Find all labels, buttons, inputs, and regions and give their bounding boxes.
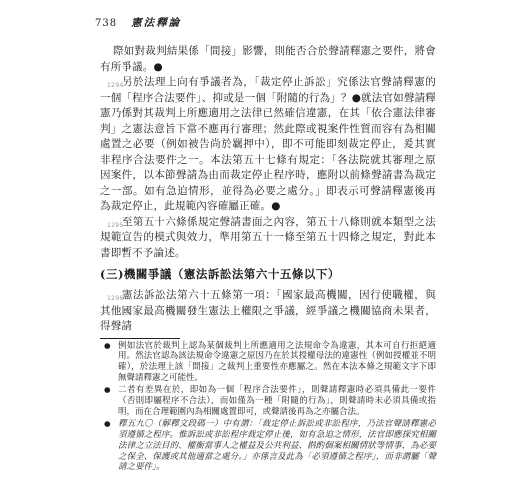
paragraph-text: 另於法理上向有爭議者為，「裁定停止訴訟」究係法官聲請釋憲的一個「程序合法要件」、… [100, 76, 436, 212]
footnote-separator [100, 338, 180, 339]
footnotes-section: ● 例如法官於裁判上認為某個裁判上所應適用之法規命令為違憲，其本可自行拒絕適用。… [100, 341, 436, 473]
body-paragraph: 1295至第五十六條係規定聲請書面之內容，第五十八條則就本類型之法規範宣告的模式… [100, 215, 436, 262]
footnote: ● 二者有差異在於，即如為一個「程序合法要件」，則聲請釋憲時必須具備此一要件（否… [104, 385, 436, 417]
paragraph-text: 憲法訴訟法第六十五條第一項：「國家最高機關，因行使職權，與其他國家最高機關發生憲… [100, 289, 436, 332]
book-page: 738 憲法釋論 際如對裁判結果係「間接」影響，則能否合於聲請釋憲之要件，將會有… [0, 0, 520, 500]
footnote-text: 二者有差異在於，即如為一個「程序合法要件」，則聲請釋憲時必須具備此一要件（否則即… [118, 385, 436, 417]
section-heading: (三)機關爭議（憲法訴訟法第六十五條以下） [100, 266, 436, 282]
page-header: 738 憲法釋論 [95, 15, 181, 30]
footnote-marker-icon: ● [104, 385, 114, 417]
footnote-marker-icon: ● [104, 341, 114, 384]
page-number: 738 [95, 18, 117, 29]
footnote-text: 釋五九〇（解釋文段碼一）中有謂：「裁定停止訴訟或非訟程序，乃法官聲請釋憲必須遵循… [118, 419, 436, 473]
body-paragraph: 際如對裁判結果係「間接」影響，則能否合於聲請釋憲之要件，將會有所爭議。● [100, 44, 436, 75]
paragraph-text: 際如對裁判結果係「間接」影響，則能否合於聲請釋憲之要件，將會有所爭議。● [100, 45, 436, 73]
margin-paragraph-number: 1294 [85, 78, 123, 94]
book-title: 憲法釋論 [131, 15, 181, 30]
margin-paragraph-number: 1295 [85, 218, 123, 234]
footnote: ● 釋五九〇（解釋文段碼一）中有謂：「裁定停止訴訟或非訟程序，乃法官聲請釋憲必須… [104, 419, 436, 473]
footnote-text: 例如法官於裁判上認為某個裁判上所應適用之法規命令為違憲，其本可自行拒絕適用。然法… [118, 341, 436, 384]
page-content: 際如對裁判結果係「間接」影響，則能否合於聲請釋憲之要件，將會有所爭議。● 129… [100, 44, 436, 475]
body-paragraph: 1296憲法訴訟法第六十五條第一項：「國家最高機關，因行使職權，與其他國家最高機… [100, 288, 436, 335]
paragraph-text: 至第五十六條係規定聲請書面之內容，第五十八條則就本類型之法規範宣告的模式與效力，… [100, 216, 436, 259]
footnote: ● 例如法官於裁判上認為某個裁判上所應適用之法規命令為違憲，其本可自行拒絕適用。… [104, 341, 436, 384]
body-paragraph: 1294另於法理上向有爭議者為，「裁定停止訴訟」究係法官聲請釋憲的一個「程序合法… [100, 75, 436, 215]
footnote-marker-icon: ● [104, 419, 114, 473]
margin-paragraph-number: 1296 [85, 291, 123, 307]
